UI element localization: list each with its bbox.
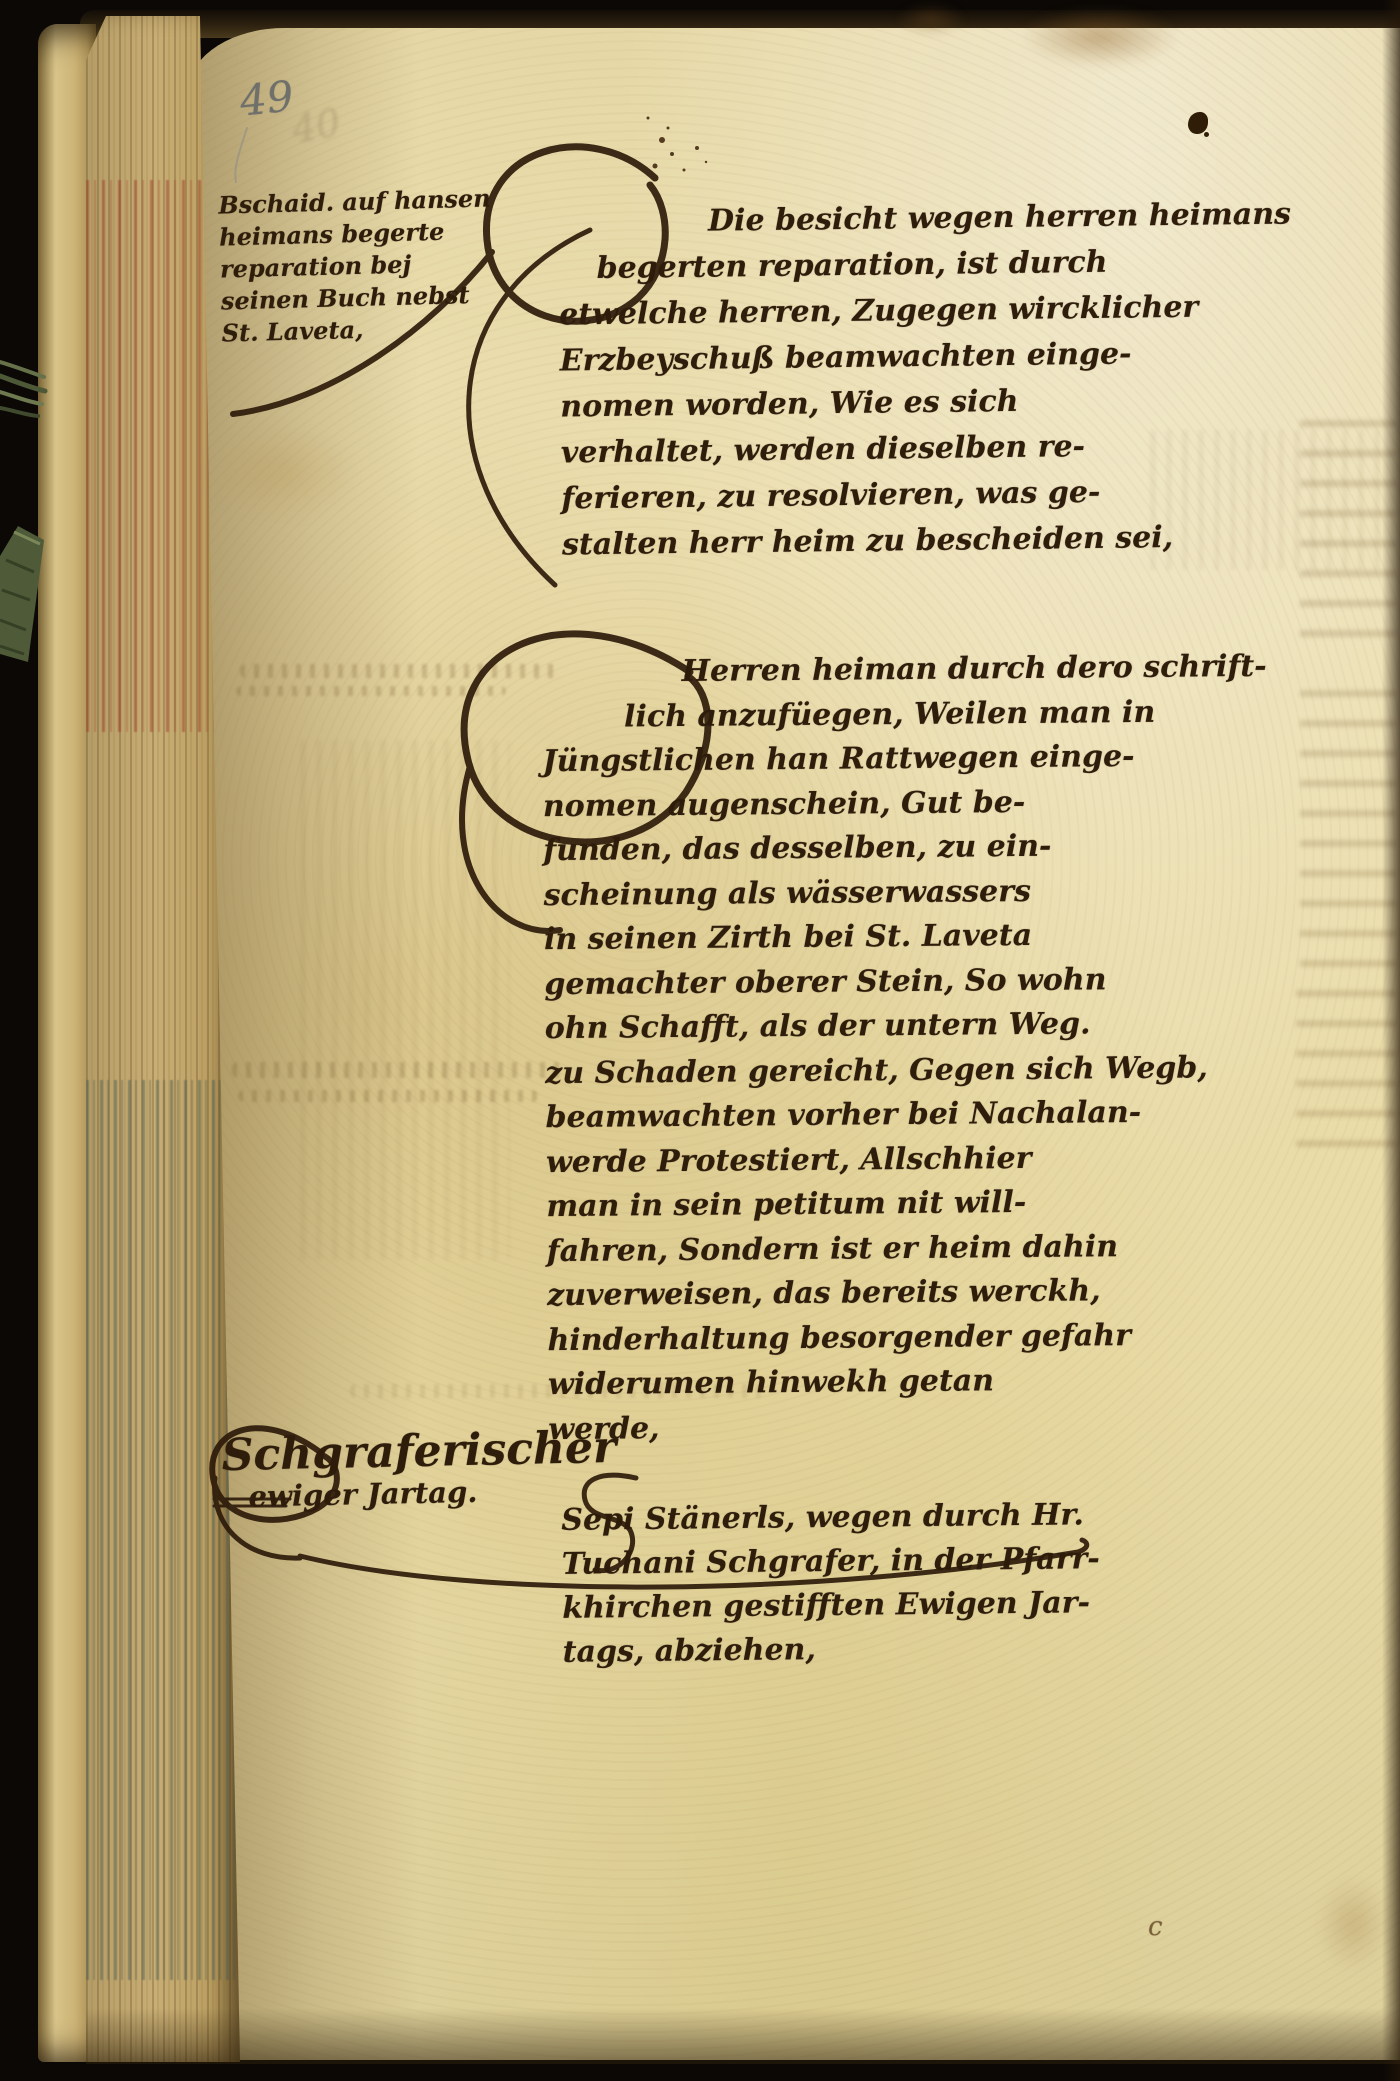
text-line: in seinen Zirth bei St. Laveta: [544, 912, 1269, 963]
manuscript-page-photo: 49 40 Bschaid. auf hansen heimans begert…: [0, 0, 1400, 2081]
text-line: stalten herr heim zu bescheiden sei,: [562, 514, 1295, 569]
text-line: hinderhaltung besorgender gefahr: [547, 1312, 1272, 1363]
text-line: khirchen gestifften Ewigen Jar-: [562, 1581, 1100, 1631]
text-line: zuverweisen, das bereits werckh,: [547, 1268, 1272, 1319]
text-line: fahren, Sondern ist er heim dahin: [547, 1223, 1272, 1274]
text-line: funden, das desselben, zu ein-: [543, 823, 1268, 874]
margin-heading: Schgraferischer ewiger Jartag.: [221, 1424, 617, 1514]
text-line: scheinung als wässerwassers: [543, 867, 1268, 918]
text-line: Jüngstlichen han Rattwegen einge-: [542, 734, 1267, 785]
text-line: zu Schaden gereicht, Gegen sich Wegb,: [545, 1045, 1270, 1096]
book-bottom-shadow: [86, 2008, 1400, 2064]
text-line: Herren heiman durch dero schrift-: [542, 645, 1267, 696]
text-line: lich anzufüegen, Weilen man in: [542, 689, 1267, 740]
page-number: 49: [238, 71, 296, 125]
text-line: Die besicht wegen herren heimans: [558, 192, 1291, 247]
entry-3-text: Sepi Stänerls, wegen durch Hr. Tuchani S…: [561, 1493, 1101, 1675]
entry-2-text: Herren heiman durch dero schrift- lich a…: [542, 645, 1274, 1452]
ghost-page-number: 40: [289, 100, 344, 152]
text-line: Sepi Stänerls, wegen durch Hr.: [561, 1493, 1099, 1543]
entry-1-text: Die besicht wegen herren heimans begerte…: [558, 192, 1295, 569]
margin-note: Bschaid. auf hansen heimans begerte repa…: [218, 182, 494, 349]
text-line: werde Protestiert, Allschhier: [546, 1134, 1271, 1185]
text-line: ohn Schafft, als der untern Weg.: [545, 1001, 1270, 1052]
text-line: Tuchani Schgrafer, in der Pfarr-: [562, 1537, 1100, 1587]
text-line: beamwachten vorher bei Nachalan-: [545, 1090, 1270, 1141]
corner-mark: c: [1148, 1912, 1163, 1942]
text-line: widerumen hinwekh getan: [548, 1357, 1273, 1408]
text-line: werde,: [548, 1401, 1273, 1452]
text-line: gemachter oberer Stein, So wohn: [544, 956, 1269, 1007]
photo-right-edge: [1382, 0, 1400, 2081]
text-line: tags, abziehen,: [562, 1625, 1100, 1675]
margin-heading-line: Schgraferischer: [221, 1424, 616, 1480]
grey-streaked-edge: [86, 1080, 240, 1980]
text-line: man in sein petitum nit will-: [546, 1179, 1271, 1230]
text-line: nomen augenschein, Gut be-: [543, 778, 1268, 829]
text-line: etwelche herren, Zugegen wircklicher: [559, 284, 1292, 339]
